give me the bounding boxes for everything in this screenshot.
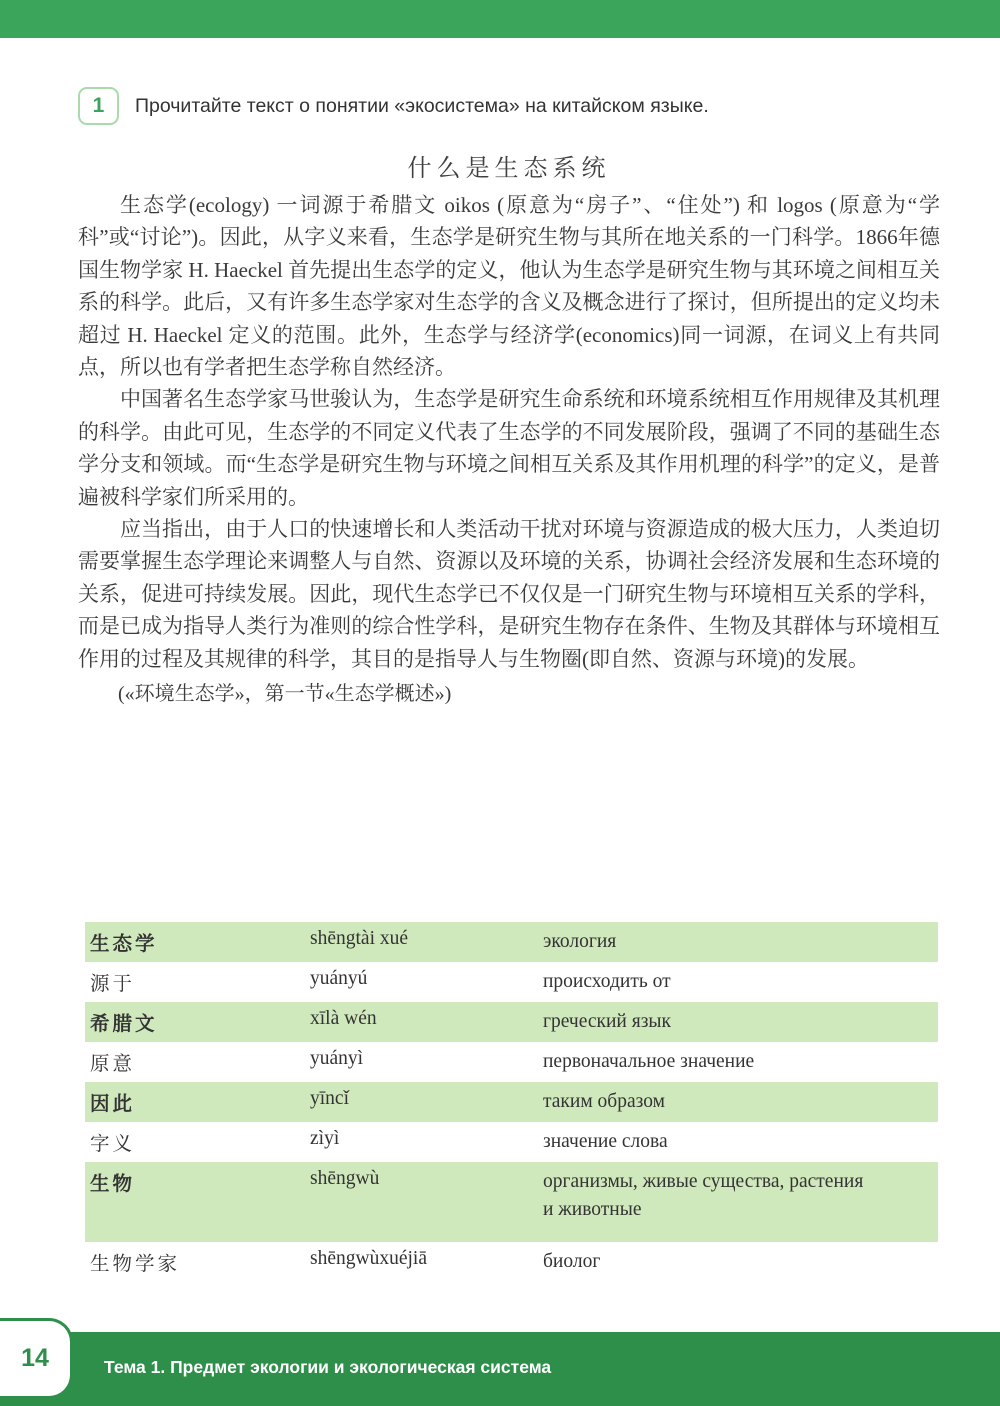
table-row: 生态学 shēngtài xué экология <box>85 922 938 962</box>
pinyin-cell: shēngwùxuéjiā <box>310 1248 543 1270</box>
page-number-tab: 14 <box>0 1318 73 1399</box>
table-row: 因此 yīncǐ таким образом <box>85 1082 938 1122</box>
pinyin-cell: shēngtài xué <box>310 928 543 950</box>
footer-chapter-title: Тема 1. Предмет экологии и экологическая… <box>104 1332 551 1406</box>
hanzi-cell: 生态学 <box>85 928 310 956</box>
translation-cell: греческий язык <box>543 1008 933 1036</box>
pinyin-cell: yuányú <box>310 968 543 990</box>
footer-bar: Тема 1. Предмет экологии и экологическая… <box>0 1332 1000 1406</box>
translation-cell: организмы, живые существа, растения и жи… <box>543 1168 873 1224</box>
pinyin-cell: yuányì <box>310 1048 543 1070</box>
exercise-number-badge: 1 <box>78 87 119 125</box>
article-title: 什么是生态系统 <box>78 148 940 183</box>
hanzi-cell: 字义 <box>85 1128 310 1156</box>
translation-cell: первоначальное значение <box>543 1048 933 1076</box>
pinyin-cell: yīncǐ <box>310 1088 543 1110</box>
article-paragraph: 中国著名生态学家马世骏认为，生态学是研究生命系统和环境系统相互作用规律及其机理的… <box>78 383 940 513</box>
hanzi-cell: 生物学家 <box>85 1248 310 1276</box>
table-row: 生物学家 shēngwùxuéjiā биолог <box>85 1242 938 1282</box>
article-paragraph: 生态学(ecology) 一词源于希腊文 oikos (原意为“房子”、“住处”… <box>78 189 940 383</box>
hanzi-cell: 源于 <box>85 968 310 996</box>
hanzi-cell: 因此 <box>85 1088 310 1116</box>
page-number: 14 <box>21 1344 49 1373</box>
top-green-band <box>0 0 1000 38</box>
vocabulary-table: 生态学 shēngtài xué экология 源于 yuányú прои… <box>85 922 938 1282</box>
table-row: 生物 shēngwù организмы, живые существа, ра… <box>85 1162 938 1242</box>
hanzi-cell: 生物 <box>85 1168 310 1196</box>
translation-cell: биолог <box>543 1248 933 1276</box>
translation-cell: таким образом <box>543 1088 933 1116</box>
hanzi-cell: 希腊文 <box>85 1008 310 1036</box>
table-row: 原意 yuányì первоначальное значение <box>85 1042 938 1082</box>
article-source-citation: («环境生态学»，第一节«生态学概述») <box>78 678 940 710</box>
article-body: 生态学(ecology) 一词源于希腊文 oikos (原意为“房子”、“住处”… <box>78 189 940 711</box>
textbook-page: 1 Прочитайте текст о понятии «экосистема… <box>0 0 1000 1406</box>
article-paragraph: 应当指出，由于人口的快速增长和人类活动干扰对环境与资源造成的极大压力，人类迫切需… <box>78 513 940 675</box>
table-row: 字义 zìyì значение слова <box>85 1122 938 1162</box>
exercise-header: 1 Прочитайте текст о понятии «экосистема… <box>78 87 945 125</box>
hanzi-cell: 原意 <box>85 1048 310 1076</box>
pinyin-cell: xīlà wén <box>310 1008 543 1030</box>
pinyin-cell: shēngwù <box>310 1168 543 1190</box>
table-row: 源于 yuányú происходить от <box>85 962 938 1002</box>
translation-cell: экология <box>543 928 933 956</box>
translation-cell: происходить от <box>543 968 933 996</box>
pinyin-cell: zìyì <box>310 1128 543 1150</box>
table-row: 希腊文 xīlà wén греческий язык <box>85 1002 938 1042</box>
translation-cell: значение слова <box>543 1128 933 1156</box>
exercise-instruction: Прочитайте текст о понятии «экосистема» … <box>135 87 709 125</box>
